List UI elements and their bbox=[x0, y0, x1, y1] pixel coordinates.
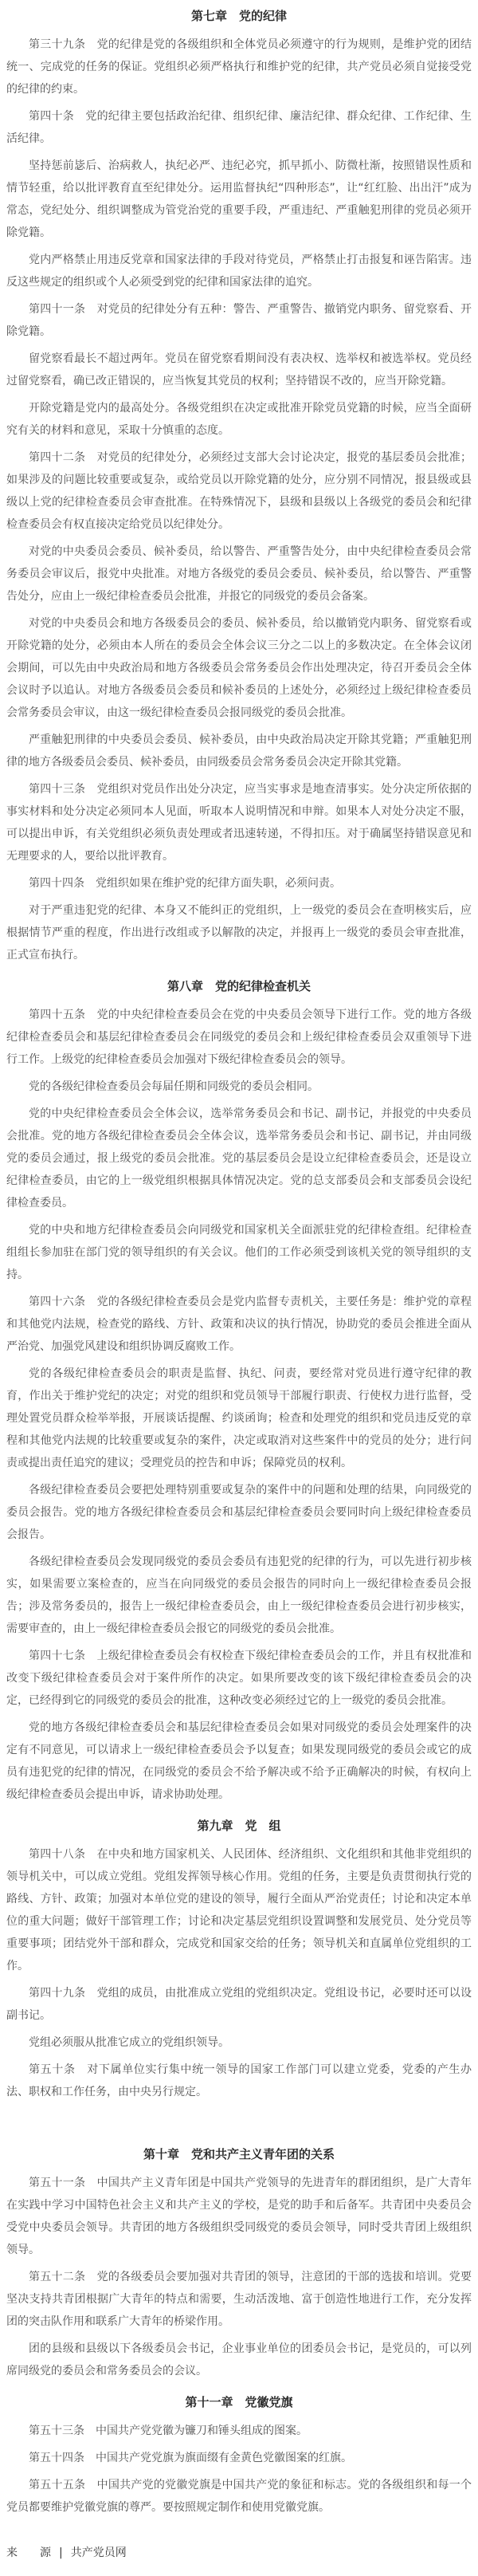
paragraph: 党的中央纪律检查委员会全体会议，选举常务委员会和书记、副书记，并报党的中央委员会… bbox=[6, 1103, 472, 1214]
source-separator-bar: | bbox=[59, 2547, 63, 2559]
paragraph: 第四十一条 对党员的纪律处分有五种：警告、严重警告、撤销党内职务、留党察看、开除… bbox=[6, 298, 472, 343]
source-label: 来 源 bbox=[6, 2547, 51, 2559]
source-value: 共产党员网 bbox=[71, 2547, 127, 2559]
paragraph: 党内严格禁止用违反党章和国家法律的手段对待党员，严格禁止打击报复和诬告陷害。违反… bbox=[6, 249, 472, 293]
paragraph: 第五十四条 中国共产党党旗为旗面缀有金黄色党徽图案的红旗。 bbox=[6, 2447, 472, 2469]
paragraph: 各级纪律检查委员会发现同级党的委员会委员有违犯党的纪律的行为，可以先进行初步核实… bbox=[6, 1551, 472, 1640]
paragraph: 第三十九条 党的纪律是党的各级组织和全体党员必须遵守的行为规则，是维护党的团结统… bbox=[6, 33, 472, 100]
paragraph: 各级纪律检查委员会要把处理特别重要或复杂的案件中的问题和处理的结果，向同级党的委… bbox=[6, 1479, 472, 1546]
paragraph: 第四十六条 党的各级纪律检查委员会是党内监督专责机关，主要任务是：维护党的章程和… bbox=[6, 1291, 472, 1358]
chapter-heading: 第九章 党 组 bbox=[6, 1816, 472, 1835]
paragraph: 第四十二条 对党员的纪律处分，必须经过支部大会讨论决定，报党的基层委员会批准；如… bbox=[6, 446, 472, 536]
paragraph: 党组必须服从批准它成立的党组织领导。 bbox=[6, 2031, 472, 2054]
paragraph: 党的各级纪律检查委员会每届任期和同级党的委员会相同。 bbox=[6, 1076, 472, 1098]
paragraph: 第五十五条 中国共产党的党徽党旗是中国共产党的象征和标志。党的各级组织和每一个党… bbox=[6, 2474, 472, 2519]
paragraph: 第五十三条 中国共产党党徽为镰刀和锤头组成的图案。 bbox=[6, 2420, 472, 2442]
chapter-heading: 第十一章 党徽党旗 bbox=[6, 2393, 472, 2412]
paragraph: 团的县级和县级以下各级委员会书记，企业事业单位的团委员会书记，是党员的，可以列席… bbox=[6, 2338, 472, 2382]
paragraph: 对于严重违犯党的纪律、本身又不能纠正的党组织，上一级党的委员会在查明核实后，应根… bbox=[6, 899, 472, 966]
paragraph: 第四十七条 上级纪律检查委员会有权检查下级纪律检查委员会的工作，并且有权批准和改… bbox=[6, 1645, 472, 1712]
paragraph: 第五十一条 中国共产主义青年团是中国共产党领导的先进青年的群团组织，是广大青年在… bbox=[6, 2172, 472, 2261]
paragraph: 第四十九条 党组的成员，由批准成立党组的党组织决定。党组设书记，必要时还可以设副… bbox=[6, 1982, 472, 2027]
paragraph: 第四十四条 党组织如果在维护党的纪律方面失职，必须问责。 bbox=[6, 872, 472, 895]
paragraph: 坚持惩前毖后、治病救人，执纪必严、违纪必究，抓早抓小、防微杜渐，按照错误性质和情… bbox=[6, 155, 472, 244]
paragraph: 党的地方各级纪律检查委员会和基层纪律检查委员会如果对同级党的委员会处理案件的决定… bbox=[6, 1717, 472, 1806]
paragraph: 第四十三条 党组织对党员作出处分决定，应当实事求是地查清事实。处分决定所依据的事… bbox=[6, 778, 472, 867]
chapter-heading: 第八章 党的纪律检查机关 bbox=[6, 977, 472, 996]
page: { "page": { "background": "#ffffff", "bo… bbox=[0, 0, 478, 2576]
paragraph: 第五十二条 党的各级委员会要加强对共青团的领导，注意团的干部的选拔和培训。党要坚… bbox=[6, 2266, 472, 2333]
paragraph: 第五十条 对下属单位实行集中统一领导的国家工作部门可以建立党委，党委的产生办法、… bbox=[6, 2059, 472, 2103]
paragraph: 党的各级纪律检查委员会的职责是监督、执纪、问责，要经常对党员进行遵守纪律的教育，… bbox=[6, 1363, 472, 1474]
paragraph: 对党的中央委员会委员、候补委员，给以警告、严重警告处分，由中央纪律检查委员会常务… bbox=[6, 541, 472, 608]
source-footer: 来 源|共产党员网 bbox=[0, 2523, 478, 2576]
paragraph: 对党的中央委员会和地方各级委员会的委员、候补委员，给以撤销党内职务、留党察看或开… bbox=[6, 612, 472, 724]
chapter-heading: 第七章 党的纪律 bbox=[6, 6, 472, 26]
paragraph: 第四十五条 党的中央纪律检查委员会在党的中央委员会领导下进行工作。党的地方各级纪… bbox=[6, 1004, 472, 1071]
paragraph: 党的中央和地方纪律检查委员会向同级党和国家机关全面派驻党的纪律检查组。纪律检查组… bbox=[6, 1219, 472, 1286]
paragraph: 严重触犯刑律的中央委员会委员、候补委员，由中央政治局决定开除其党籍；严重触犯刑律… bbox=[6, 729, 472, 773]
paragraph: 第四十八条 在中央和地方国家机关、人民团体、经济组织、文化组织和其他非党组织的领… bbox=[6, 1843, 472, 1977]
paragraph: 留党察看最长不超过两年。党员在留党察看期间没有表决权、选举权和被选举权。党员经过… bbox=[6, 348, 472, 392]
paragraph: 第四十条 党的纪律主要包括政治纪律、组织纪律、廉洁纪律、群众纪律、工作纪律、生活… bbox=[6, 105, 472, 150]
chapter-heading: 第十章 党和共产主义青年团的关系 bbox=[6, 2145, 472, 2164]
document-body: 第七章 党的纪律第三十九条 党的纪律是党的各级组织和全体党员必须遵守的行为规则，… bbox=[0, 0, 478, 2519]
paragraph: 开除党籍是党内的最高处分。各级党组织在决定或批准开除党员党籍的时候，应当全面研究… bbox=[6, 397, 472, 442]
